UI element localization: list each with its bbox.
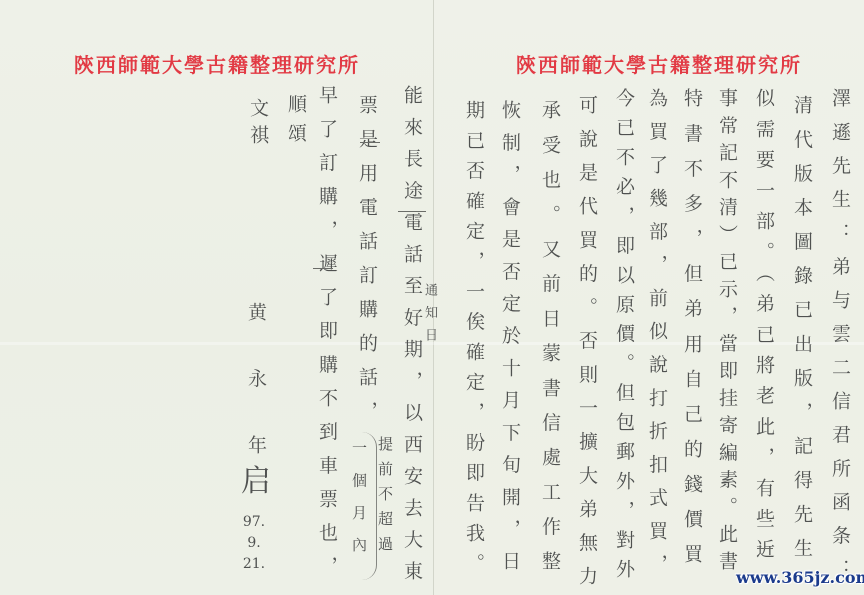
letter-column: 早了訂購，遲了即購不到車票也，: [315, 85, 339, 575]
letter-column: 承受也。又前日蒙書信處工作整: [538, 100, 562, 570]
inserted-note-notify: 通知日: [421, 283, 437, 341]
letterhead-right: 陝西師範大學古籍整理研究所: [516, 49, 806, 75]
site-watermark: www.365jz.com: [736, 566, 862, 590]
underline-mark: [398, 211, 426, 212]
date-day: 21.: [236, 554, 272, 575]
letter-column: 期已否確定，一俟確定，盼即告我。: [462, 100, 486, 572]
closing-line-1: 順頌: [284, 94, 308, 142]
letterhead-left: 陝西師範大學古籍整理研究所: [74, 49, 364, 75]
underline-mark: [757, 548, 773, 549]
insertion-bracket: [362, 432, 377, 580]
letter-column: 可說是代買的。否則一擴大弟無力: [575, 95, 599, 585]
letter-column: 恢制，會是否定於十月下旬開，日: [498, 100, 522, 570]
signature-mark: 启: [238, 462, 274, 502]
letter-column: 今已不必，即以原價。但包郵外，對外: [612, 88, 636, 578]
letter-column-salutation: 澤遜先生：弟与雲二信君所函条：: [828, 88, 852, 578]
letter-column: 事常記不清）已示，當即挂寄編素。此書: [715, 88, 739, 570]
letter-date: 97. 9. 21.: [236, 512, 272, 575]
date-month: 9.: [236, 533, 272, 554]
closing-line-2: 文祺: [246, 98, 270, 144]
letter-column: 票是用電話訂購的話，: [355, 95, 379, 420]
date-year: 97.: [236, 512, 272, 533]
underline-mark: [313, 268, 333, 269]
underline-mark: [360, 142, 380, 143]
letter-column: 特書不多，但弟用自己的錢價買: [680, 88, 704, 563]
signature-name: 黄永年: [244, 302, 268, 454]
letter-column: 似需要一部。（弟已將老此，有些近: [752, 88, 776, 558]
letter-column: 為買了幾部，前似說打折扣式買，: [645, 88, 669, 573]
inserted-note-advance-limit: 提前不超過: [376, 436, 394, 551]
letter-column: 清代版本圖錄已出版，記得先生: [790, 95, 814, 557]
